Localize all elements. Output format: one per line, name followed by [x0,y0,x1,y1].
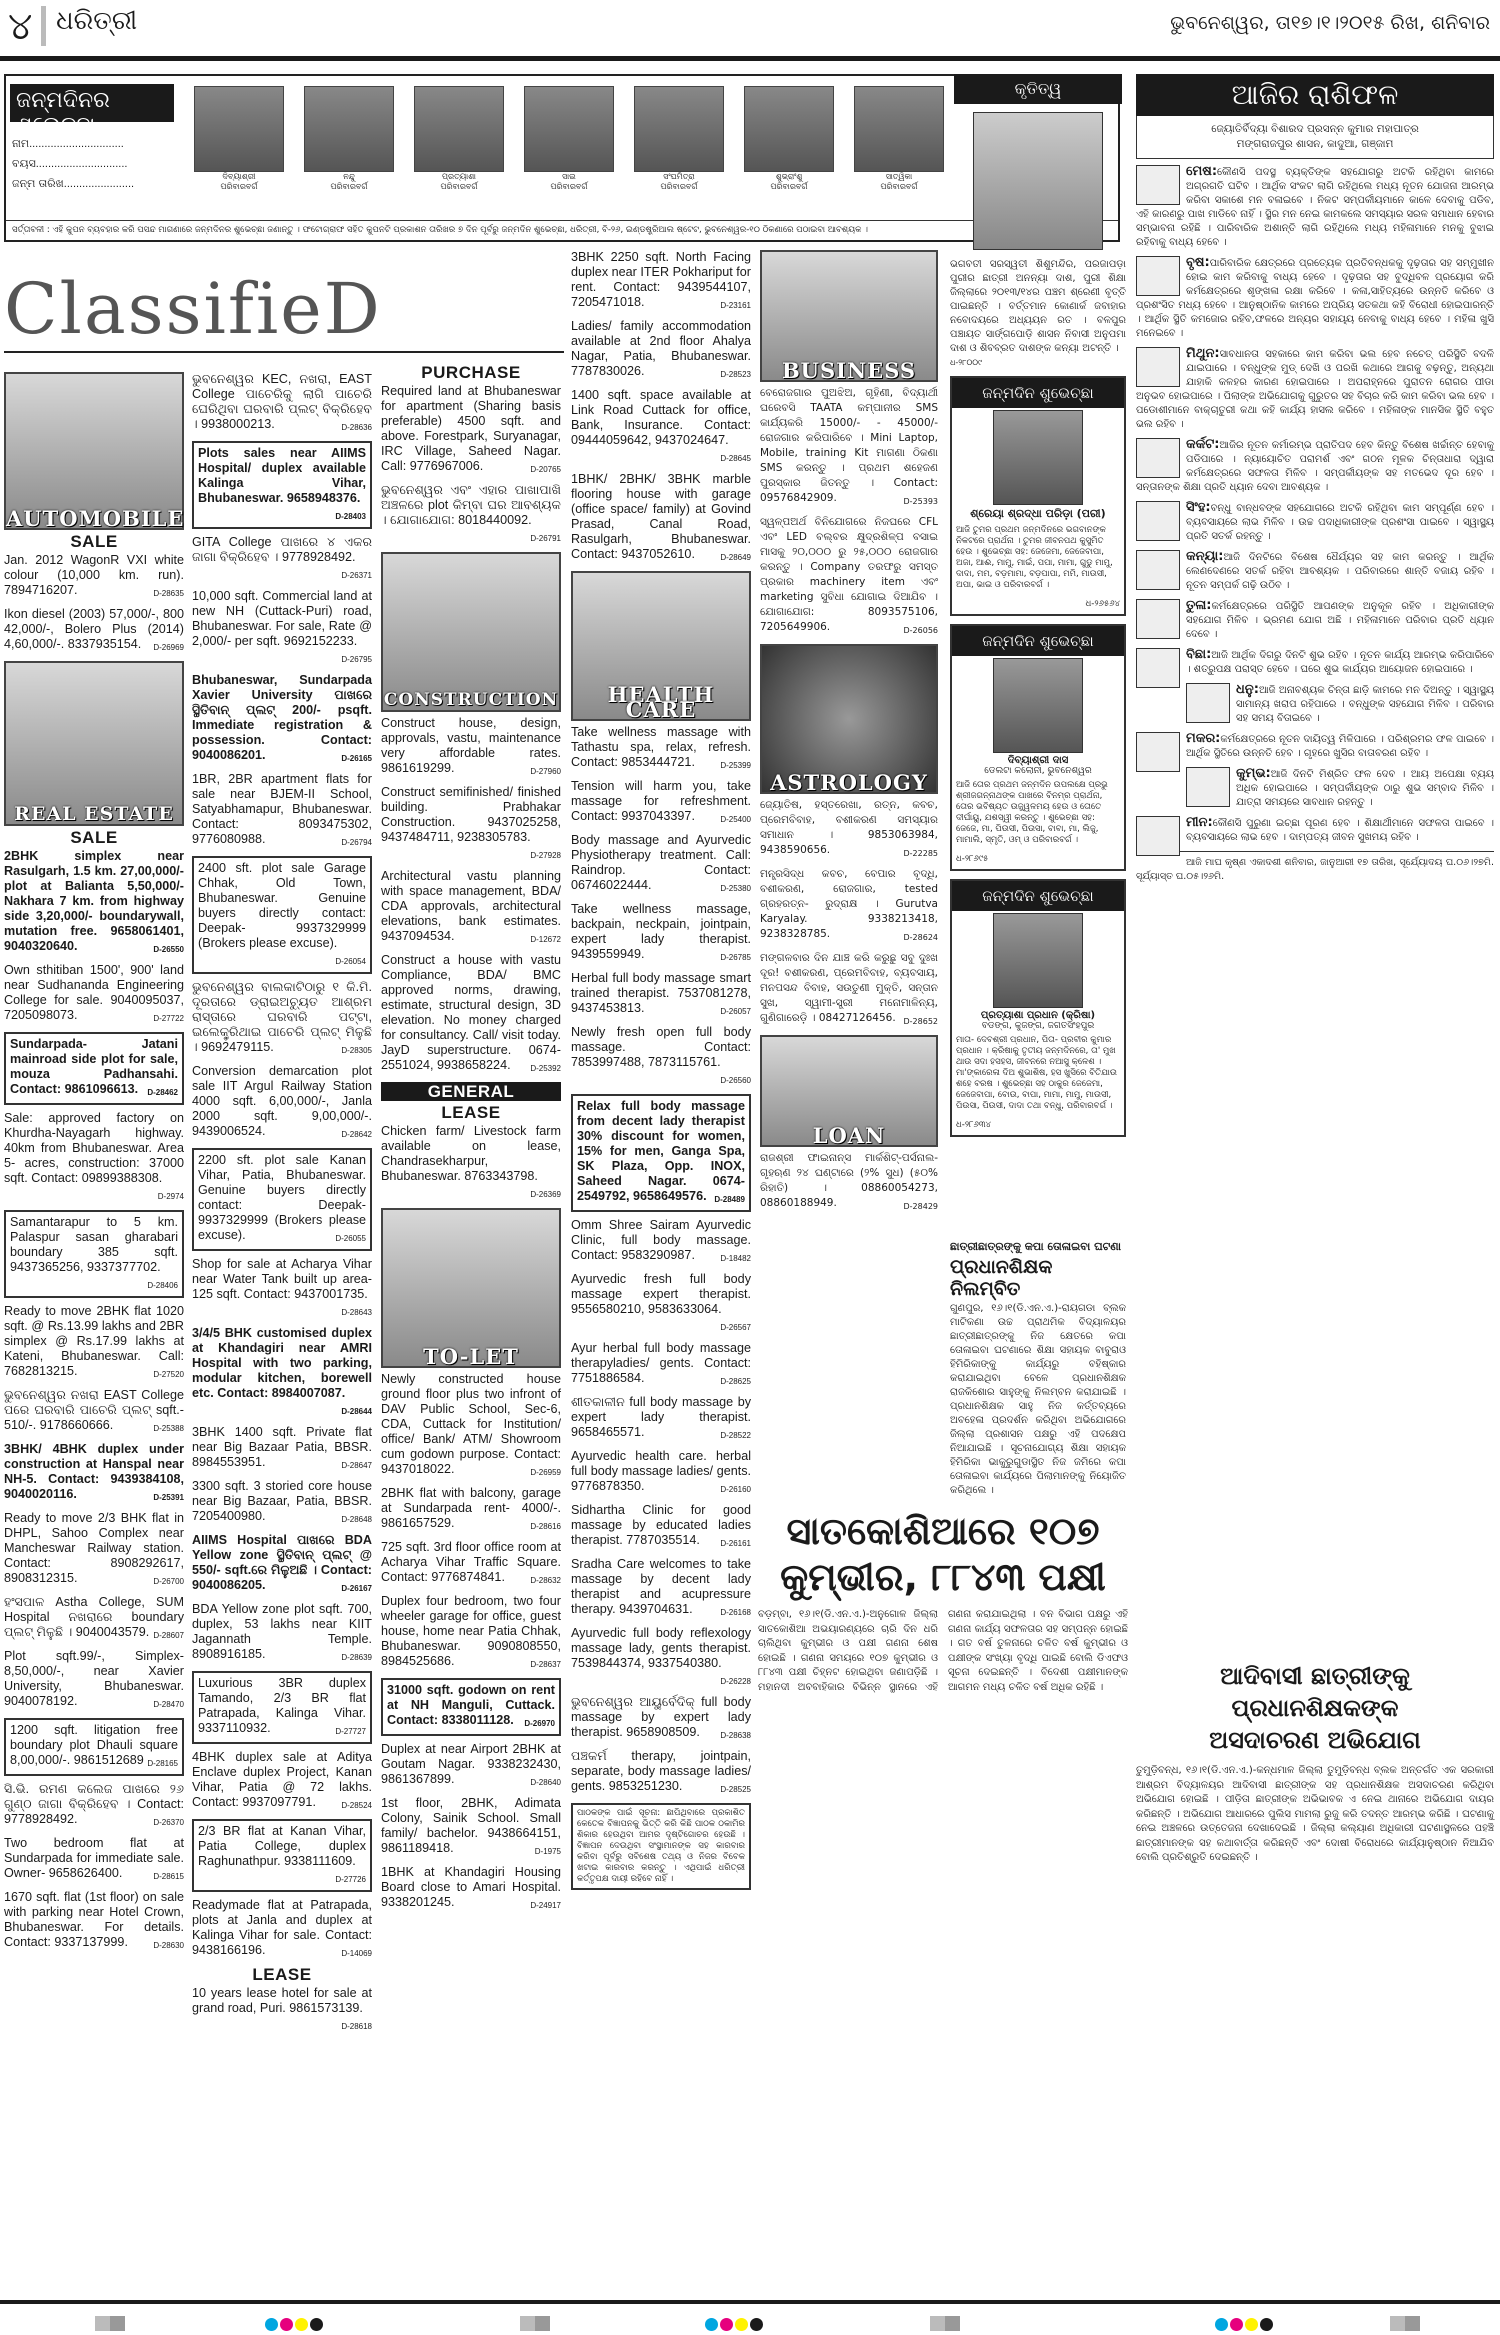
classified-column-2: ଭୁବନେଶ୍ୱର KEC, ନଖରା, EAST College ପାଚେରି… [192,372,372,2040]
classified-ad: ଶୀତକାଳୀନ full body massage by expert lad… [571,1395,751,1443]
coupon-name-field: ନାମ............................... [12,134,182,154]
scorpio-icon [1136,648,1180,688]
classified-ad: Conversion demarcation plot sale IIT Arg… [192,1064,372,1142]
classified-ad: 10 years lease hotel for sale at grand r… [192,1986,372,2034]
classified-ad: ଜ୍ୟୋତିଷ, ହସ୍ତରେଖା, ରତ୍ନ, କବଚ, ପ୍ରେମବିବାହ… [760,798,938,861]
kid-card: ସଂଘମିତ୍ରାପରିବାରବର୍ଗ [624,86,734,192]
wish-photo [993,913,1083,1008]
capricorn-icon [1136,732,1180,772]
classified-ad: Ready to move 2/3 BHK flat in DHPL, Saho… [4,1511,184,1589]
kid-photo [194,86,284,172]
classified-ad: Sidhartha Clinic for good massage by edu… [571,1503,751,1551]
classified-ad: 1400 sqft. space available at Link Road … [571,388,751,466]
registration-marks [265,2318,323,2331]
coupon-fields: ନାମ............................... ବୟସ..… [12,134,182,194]
classified-ad: 1BHK/ 2BHK/ 3BHK marble flooring house w… [571,472,751,565]
panjika-note: ଆଜି ମାଘ କୃଷ୍ଣ ଏକାଦଶୀ ଶନିବାର, ଜାନୁଆରୀ ୧୭ … [1136,851,1494,884]
sagittarius-icon [1186,683,1230,723]
classified-ad: Jan. 2012 WagonR VXI white colour (10,00… [4,553,184,601]
classified-ad: Tension will harm you, take massage for … [571,779,751,827]
classified-ad: 4BHK duplex sale at Aditya Enclave duple… [192,1750,372,1813]
libra-icon [1136,599,1180,639]
classified-ad: 2BHK simplex near Rasulgarh, 1.5 km. 27,… [4,849,184,957]
construction-image: CONSTRUCTION [381,552,561,712]
dateline: ଭୁବନେଶ୍ୱର, ତା୧୭।୧।୨୦୧୫ ରିଖ, ଶନିବାର [1170,12,1490,34]
classified-ad: 3/4/5 BHK customised duplex at Khandagir… [192,1326,372,1419]
horoscope-sign: ମିଥୁନ:ସାବଧାନତା ସହକାରେ କାମ କରିବା ଭଲ ହେବ ନ… [1136,347,1494,432]
classified-ad: 3BHK/ 4BHK duplex under construction at … [4,1442,184,1505]
kid-photo [524,86,614,172]
classified-ad: 1670 sqft. flat (1st floor) on sale with… [4,1890,184,1953]
news-story-headmaster-suspended: ଛାତ୍ରୀଛାତ୍ରଙ୍କୁ କପା ତୋଳାଇବା ଘଟଣା ପ୍ରଧାନଶ… [950,1240,1126,1498]
horoscope-author: ଜ୍ୟୋତିର୍ବିଦ୍ୟା ବିଶାରଦ ପ୍ରସନ୍ନ କୁମାର ମହାପ… [1136,116,1494,159]
news-headline: ସାତକୋଶିଆରେ ୧୦୭ କୁମ୍ଭୀର, ୮୮୪୩ ପକ୍ଷୀ [758,1508,1128,1600]
classified-ad: 3300 sqft. 3 storied core house near Big… [192,1479,372,1527]
classified-ad: Body massage and Ayurvedic Physiotherapy… [571,833,751,896]
classified-ad: Own sthitiban 1500', 900' land near Sudh… [4,963,184,1026]
masthead-rule [0,56,1500,61]
horoscope-sign: କନ୍ୟା:ଆଜି ଦିନଟିରେ ବିଶେଷ ଧୈର୍ଯ୍ୟର ସହ କାମ … [1136,550,1494,593]
classified-ad: GITA College ପାଖରେ ୪ ଏକର ଜାଗା ବିକ୍ରିହେବ … [192,535,372,583]
news-body: ବଡ଼ମ୍ବା, ୧୬।୧(ଡି.ଏନ.ଏ.)-ଅନୁଗୋଳ ଜିଲ୍ଲା ସା… [758,1608,1128,1695]
horoscope-sign: ବିଛା:ଆଜି ଆର୍ଥିକ ଦିଗରୁ ଦିନଟି ଶୁଭ ରହିବ । ନ… [1136,648,1494,677]
classified-ad: ଭୁବନେଶ୍ୱର ବାଲକାଟିଠାରୁ ୧ କି.ମି. ଦୂରତାରେ ଡ… [192,980,372,1058]
classified-ad-boxed: Sundarpada- Jatani mainroad side plot fo… [4,1032,184,1105]
aries-icon [1136,165,1180,205]
horoscope-sign: କୁମ୍ଭ:ଆଜି ଦିନଟି ମିଶ୍ରିତ ଫଳ ଦେବ । ଆୟ ଅପେକ… [1136,767,1494,810]
registration-marks [705,2318,763,2331]
classified-ad: ରାଜଶ୍ରୀ ଫାଇନାନ୍ସ ମାର୍କଶିଟ୍-ପର୍ସନାଲ-ଗୃହଋଣ… [760,1151,938,1214]
kids-photo-row: ଦିବ୍ୟାଶ୍ରୀପରିବାରବର୍ଗ ନନ୍ଦୁପରିବାରବର୍ଗ ପ୍ର… [184,86,954,192]
classified-ad-boxed: 2400 sft. plot sale Garage Chhak, Old To… [192,856,372,974]
classified-ad: ମଙ୍ଗଳବାର ଦିନ ଯାଞ୍ଚ କରି କରୁଛୁ ସବୁ ଦୁଃଖ ଦୂ… [760,951,938,1029]
classified-ad: Construct a house with vastu Compliance,… [381,953,561,1076]
coupon-dob-field: ଜନ୍ମ ତାରିଖ....................... [12,174,182,194]
horoscope-section: ଆଜିର ରାଶିଫଳ ଜ୍ୟୋତିର୍ବିଦ୍ୟା ବିଶାରଦ ପ୍ରସନ୍… [1136,74,1494,884]
classified-ad: 1st floor, 2BHK, Adimata Colony, Sainik … [381,1796,561,1859]
classified-ad: 725 sqft. 3rd floor office room at Achar… [381,1540,561,1588]
automobile-image: AUTOMOBILE [4,372,184,530]
horoscope-sign: ମକର:କର୍ମକ୍ଷେତ୍ରରେ ନୂତନ ଦାୟିତ୍ୱ ମିଳିପାରେ … [1136,732,1494,761]
birthday-wish-card: ଜନ୍ମଦିନ ଶୁଭେଚ୍ଛା ଶ୍ରେୟା ଶ୍ରଦ୍ଧା ପରିଡ଼ା (… [950,376,1126,616]
classified-ad: Chicken farm/ Livestock farm available o… [381,1124,561,1202]
classified-ad: Plot sqft.99/-, Simplex- 8,50,000/-, nea… [4,1649,184,1712]
classified-ad: Newly constructed house ground floor plu… [381,1372,561,1480]
to-let-image: TO-LET [381,1208,561,1368]
kid-photo [854,86,944,172]
horoscope-sign: ତୁଳା:କର୍ମକ୍ଷେତ୍ରରେ ପରିସ୍ଥିତି ଆପଣଙ୍କ ଅନୁକ… [1136,599,1494,642]
kid-photo [304,86,394,172]
classified-ad: ଭୁବନେଶ୍ୱର KEC, ନଖରା, EAST College ପାଚେରି… [192,372,372,435]
section-heading-sale: SALE [4,830,184,845]
horoscope-sign: ମୀନ:କୌଣସି ପୁରୁଣା ଇଚ୍ଛା ପୂରଣ ହେବ । ଶିକ୍ଷା… [1136,816,1494,845]
taurus-icon [1136,256,1180,296]
kid-card: ଶୁଭ୍ରାଂଶୁପରିବାରବର୍ଗ [734,86,844,192]
horoscope-sign: ବୃଷ:ପାରିବାରିକ କ୍ଷେତ୍ରରେ ପ୍ରତ୍ୟେକ ପ୍ରତିବନ… [1136,256,1494,341]
reader-disclaimer: ପାଠକଙ୍କ ପାଇଁ ସୂଚନା: ଛାପିଥିବାରେ ପ୍ରକାଶିତ … [571,1803,751,1890]
classified-ad: ମନ୍ତ୍ରସିଦ୍ଧ କବଚ, ବେପାର ବୃଦ୍ଧି, ବଶୀକରଣ, ର… [760,867,938,945]
classified-ad: ପଞ୍ଚକର୍ମ therapy, jointpain, separate, b… [571,1749,751,1797]
section-heading-purchase: PURCHASE [381,365,561,380]
classified-ad: Required land at Bhubaneswar for apartme… [381,384,561,477]
classified-ad: ହଂସପାଳ Astha College, SUM Hospital ନଖରାର… [4,1595,184,1643]
birthday-wish-card: ଜନ୍ମଦିନ ଶୁଭେଚ୍ଛା ଦିବ୍ୟାଶ୍ରୀ ଦାସ ଡେଲଟା କଲ… [950,624,1126,871]
horoscope-sign: ଧନୁ:ଆଜି ଅନାବଶ୍ୟକ ଚିନ୍ତା ଛାଡ଼ି କାମରେ ମନ ଦ… [1136,683,1494,726]
paper-logo: ଧରିତ୍ରୀ [56,6,137,37]
classified-ad-boxed: Plots sales near AIIMS Hospital/ duplex … [192,441,372,529]
classified-ad: Ayurvedic health care. herbal full body … [571,1449,751,1497]
achievement-title: କୃତିତ୍ୱ [954,74,1122,104]
real-estate-image: REAL ESTATE [4,661,184,826]
classified-ad: BDA Yellow zone plot sqft. 700, duplex, … [192,1602,372,1665]
grayscale-mark [520,2316,550,2331]
horoscope-title: ଆଜିର ରାଶିଫଳ [1136,74,1494,116]
astrology-image: ASTROLOGY [760,644,938,794]
classified-ad-boxed: Samantarapur to 5 km. Palaspur sasan gha… [4,1210,184,1298]
classified-ad: Two bedroom flat at Sundarpada for immed… [4,1836,184,1884]
classified-ad: Bhubaneswar, Sundarpada Xavier Universit… [192,673,372,766]
coupon-age-field: ବୟସ.............................. [12,154,182,174]
cancer-icon [1136,438,1180,478]
achievement-code: ଧ-୨୮୦୦୯ [950,358,1126,368]
classified-ad: AIIMS Hospital ପାଖରେ BDA Yellow zone ସ୍ଥ… [192,1533,372,1596]
classified-ad: Ikon diesel (2003) 57,000/-, 800 42,000/… [4,607,184,655]
classified-column-1: AUTOMOBILE SALE Jan. 2012 WagonR VXI whi… [4,372,184,1959]
classified-ad: 10,000 sqft. Commercial land at new NH (… [192,589,372,667]
classified-ad: Construct house, design, approvals, vast… [381,716,561,779]
section-heading-lease: LEASE [192,1967,372,1982]
pisces-icon [1136,816,1180,856]
classified-ad: 3BHK 1400 sqft. Private flat near Big Ba… [192,1425,372,1473]
classified-ad: Ready to move 2BHK flat 1020 sqft. @ Rs.… [4,1304,184,1382]
classified-column-4: 3BHK 2250 sqft. North Facing duplex near… [571,250,751,1896]
wish-photo [993,410,1083,505]
news-headline: ଆଦିବାସୀ ଛାତ୍ରୀଙ୍କୁ ପ୍ରଧାନଶିକ୍ଷକଙ୍କ ଅସଦାଚ… [1136,1660,1494,1756]
classified-ad: ସ୍ୱଳ୍ପଅର୍ଥ ବିନିଯୋଗରେ ନିଜଘରେ CFL ଏବଂ LED … [760,515,938,638]
news-headline: ପ୍ରଧାନଶିକ୍ଷକ ନିଲମ୍ବିତ [950,1256,1126,1300]
classified-ad: Ayur herbal full body massage therapylad… [571,1341,751,1389]
section-heading-sale: SALE [4,534,184,549]
classified-column-5: BUSINESS ବେରୋଜଗାର ପୁଅଝିଅ, ଗୃହିଣୀ, ବିଦ୍ୟା… [760,250,938,1220]
kid-photo [414,86,504,172]
classified-ad: Ladies/ family accommodation available a… [571,319,751,382]
birthday-coupon-title: ଜନ୍ମଦିନର ଶୁଭେଚ୍ଛା [10,84,174,122]
kid-card: ସାଇପରିବାରବର୍ଗ [514,86,624,192]
classified-ad: Ayurvedic fresh full body massage expert… [571,1272,751,1335]
classified-ad: 1BR, 2BR apartment flats for sale near B… [192,772,372,850]
horoscope-sign: କର୍କଟ:ଆଜିର ନୂତନ କର୍ମାରମ୍ଭ ପ୍ରାତିପଦ ହେବ କ… [1136,438,1494,495]
classified-ad-boxed: 2200 sft. plot sale Kanan Vihar, Patia, … [192,1148,372,1251]
classified-ad: Duplex four bedroom, two four wheeler ga… [381,1594,561,1672]
news-story-tribal-student: ଆଦିବାସୀ ଛାତ୍ରୀଙ୍କୁ ପ୍ରଧାନଶିକ୍ଷକଙ୍କ ଅସଦାଚ… [1136,1660,1494,1866]
classified-ad: Shop for sale at Acharya Vihar near Wate… [192,1257,372,1320]
classified-ad-boxed: Relax full body massage from decent lady… [571,1094,751,1212]
classified-ad: Readymade flat at Patrapada, plots at Ja… [192,1898,372,1961]
classified-ad: 2BHK flat with balcony, garage at Sundar… [381,1486,561,1534]
grayscale-mark [1390,2316,1420,2331]
classified-ad: Take wellness massage with Tathastu spa,… [571,725,751,773]
section-heading-lease: LEASE [381,1105,561,1120]
birthday-wish-card: ଜନ୍ମଦିନ ଶୁଭେଚ୍ଛା ପ୍ରତ୍ୟାଶା ପ୍ରଧାନ (କ୍ରିଷ… [950,879,1126,1137]
page-number: ୪ [8,4,32,49]
classified-ad-boxed: 1200 sqft. litigation free boundary plot… [4,1718,184,1776]
horoscope-sign: ମେଷ:କୌଣସି ପଦସ୍ଥ ବ୍ୟକ୍ତିଙ୍କ ସହଯୋଗରୁ ଅଟକି … [1136,165,1494,250]
classified-ad: Omm Shree Sairam Ayurvedic Clinic, full … [571,1218,751,1266]
classified-ad: Take wellness massage, backpain, neckpai… [571,902,751,965]
classified-ad: Sradha Care welcomes to take massage by … [571,1557,751,1620]
classified-ad: ଭୁବନେଶ୍ୱର ନଖରା EAST College ପରେ ଘରବାରି ପ… [4,1388,184,1436]
leo-icon [1136,501,1180,541]
classified-ad-boxed: Luxurious 3BR duplex Tamando, 2/3 BR fla… [192,1671,372,1744]
classified-ad: Herbal full body massage smart trained t… [571,971,751,1019]
classified-ad: Newly fresh open full body massage. Cont… [571,1025,751,1088]
classified-ad: Sale: approved factory on Khurdha-Nayaga… [4,1111,184,1204]
wishes-column: କୃତିତ୍ୱ ଭଗବତୀ ସରସ୍ୱତୀ ଶିଶୁମନ୍ଦିର, ପରଜାପଡ… [950,74,1126,1145]
classified-ad: Ayurvedic full body reflexology massage … [571,1626,751,1689]
classified-ad: ଭୁବନେଶ୍ୱର ଆୟୁର୍ବେଦିକ୍ full body massage … [571,1695,751,1743]
classified-banner: ClassifieD [4,268,564,353]
news-kicker: ଛାତ୍ରୀଛାତ୍ରଙ୍କୁ କପା ତୋଳାଇବା ଘଟଣା [950,1240,1126,1254]
grayscale-mark [930,2316,960,2331]
classified-ad: ସି.ଭି. ରମଣ କଲେଜ ପାଖରେ ୨୬ ଗୁଣ୍ଠ ଜାଗା ବିକ୍… [4,1782,184,1830]
kid-card: ନନ୍ଦୁପରିବାରବର୍ଗ [294,86,404,192]
section-heading-general: GENERAL [381,1082,561,1101]
aquarius-icon [1186,767,1230,807]
masthead-divider [41,6,46,46]
classified-ad: Duplex at near Airport 2BHK at Goutam Na… [381,1742,561,1790]
wish-photo [993,658,1083,753]
kid-photo [634,86,724,172]
classified-ad: ଭୁବନେଶ୍ୱର ଏବଂ ଏହାର ପାଖାପାଖି ଅଞ୍ଚଳରେ plot… [381,483,561,546]
classified-ad: ବେରୋଜଗାର ପୁଅଝିଅ, ଗୃହିଣୀ, ବିଦ୍ୟାର୍ଥୀ ଘରେବ… [760,386,938,509]
classified-ad: Architectural vastu planning with space … [381,869,561,947]
kid-card: ପ୍ରତ୍ୟାଶାପରିବାରବର୍ଗ [404,86,514,192]
gemini-icon [1136,347,1180,387]
news-story-satkosia: ସାତକୋଶିଆରେ ୧୦୭ କୁମ୍ଭୀର, ୮୮୪୩ ପକ୍ଷୀ ବଡ଼ମ୍… [758,1508,1128,1695]
classified-ad: 1BHK at Khandagiri Housing Board close t… [381,1865,561,1913]
masthead: ୪ ଧରିତ୍ରୀ ଭୁବନେଶ୍ୱର, ତା୧୭।୧।୨୦୧୫ ରିଖ, ଶନ… [0,0,1500,56]
loan-image: LOAN [760,1035,938,1147]
classified-column-3: PURCHASE Required land at Bhubaneswar fo… [381,362,561,1919]
kid-card: ଦିବ୍ୟାଶ୍ରୀପରିବାରବର୍ଗ [184,86,294,192]
classified-ad: Construct semifinished/ finished buildin… [381,785,561,863]
registration-marks [1215,2318,1273,2331]
health-care-image: HEALTH CARE [571,571,751,721]
achievement-photo [973,112,1103,250]
footer-rule [0,2300,1500,2304]
grayscale-mark [95,2316,125,2331]
news-body: ତୁମୁଡ଼ିବନ୍ଧ, ୧୬।୧(ଡି.ଏନ.ଏ.)-କନ୍ଧମାଳ ଜିଲ୍… [1136,1764,1494,1866]
virgo-icon [1136,550,1180,590]
achievement-text: ଭଗବତୀ ସରସ୍ୱତୀ ଶିଶୁମନ୍ଦିର, ପରଜାପଡ଼ା ପୁରୀର… [950,258,1126,356]
classified-ad-boxed: 31000 sqft. godown on rent at NH Manguli… [381,1678,561,1736]
classified-ad-boxed: 2/3 BR flat at Kanan Vihar, Patia Colleg… [192,1819,372,1892]
kid-photo [744,86,834,172]
horoscope-sign: ସିଂହ:ବନ୍ଧୁ ବାନ୍ଧବଙ୍କ ସହଯୋଗରେ ଅଟକି ରହିଥିବ… [1136,501,1494,544]
news-body: ଗୁଣପୁର, ୧୬।୧(ଡି.ଏନ.ଏ.)-ରାୟଗଡା ବ୍ଲକ ମାଟିକ… [950,1302,1126,1498]
classified-ad: 3BHK 2250 sqft. North Facing duplex near… [571,250,751,313]
kid-card: ସାତ୍ୱିକାପରିବାରବର୍ଗ [844,86,954,192]
business-image: BUSINESS [760,250,938,382]
